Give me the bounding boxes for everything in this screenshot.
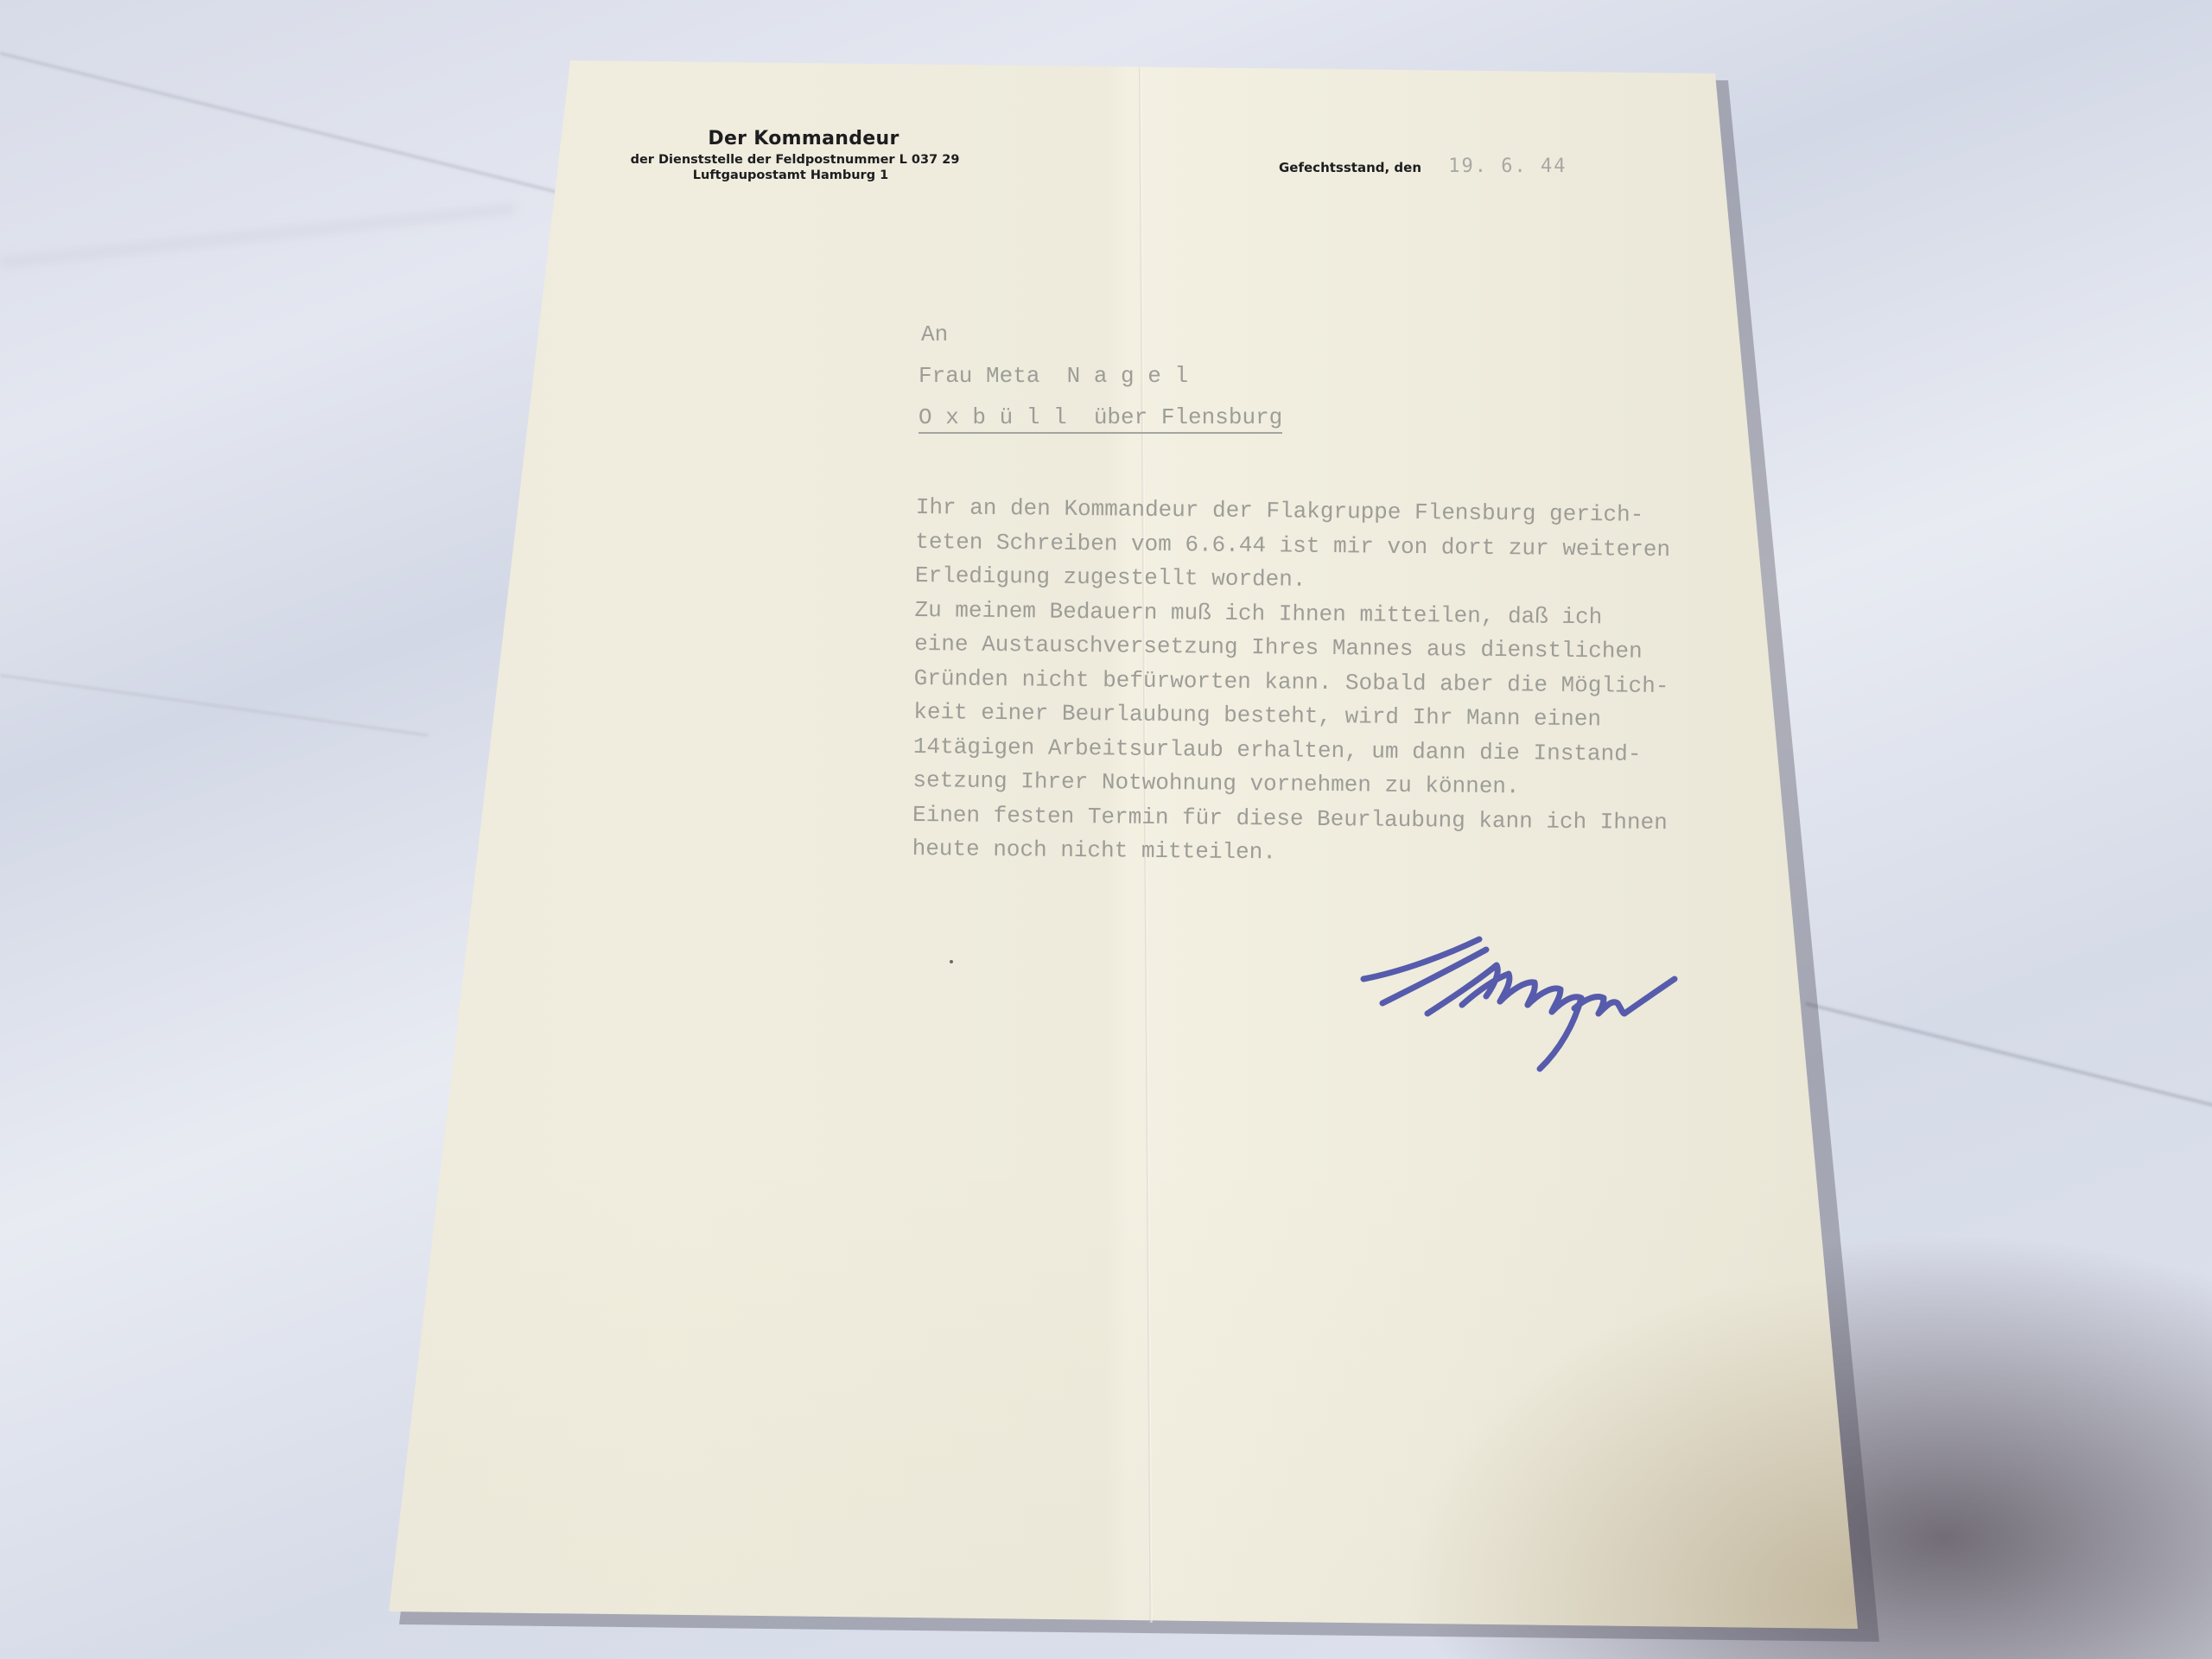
recipient-name: Frau Meta N a g e l <box>918 363 1188 389</box>
handwritten-signature <box>1348 929 1694 1093</box>
date-value: 19. 6. 44 <box>1448 156 1567 177</box>
dateline-label: Gefechtsstand, den <box>1279 160 1421 175</box>
dateline: Gefechtsstand, den 19. 6. 44 <box>1279 156 1567 177</box>
letterhead-title: Der Kommandeur <box>622 128 985 149</box>
recipient-salutation: An <box>921 321 948 347</box>
marble-vein <box>1806 1002 2212 1114</box>
letterhead-postoffice: Luftgaupostamt Hamburg 1 <box>596 168 985 182</box>
letterhead-unit: der Dienststelle der Feldpostnummer L 03… <box>605 153 985 167</box>
letterhead: Der Kommandeur der Dienststelle der Feld… <box>605 128 985 182</box>
ink-speck <box>950 960 953 963</box>
marble-vein <box>0 674 428 737</box>
marble-vein <box>0 205 516 266</box>
recipient-city: O x b ü l l über Flensburg <box>918 404 1282 434</box>
letter-body: Ihr an den Kommandeur der Flakgruppe Fle… <box>912 491 1670 874</box>
